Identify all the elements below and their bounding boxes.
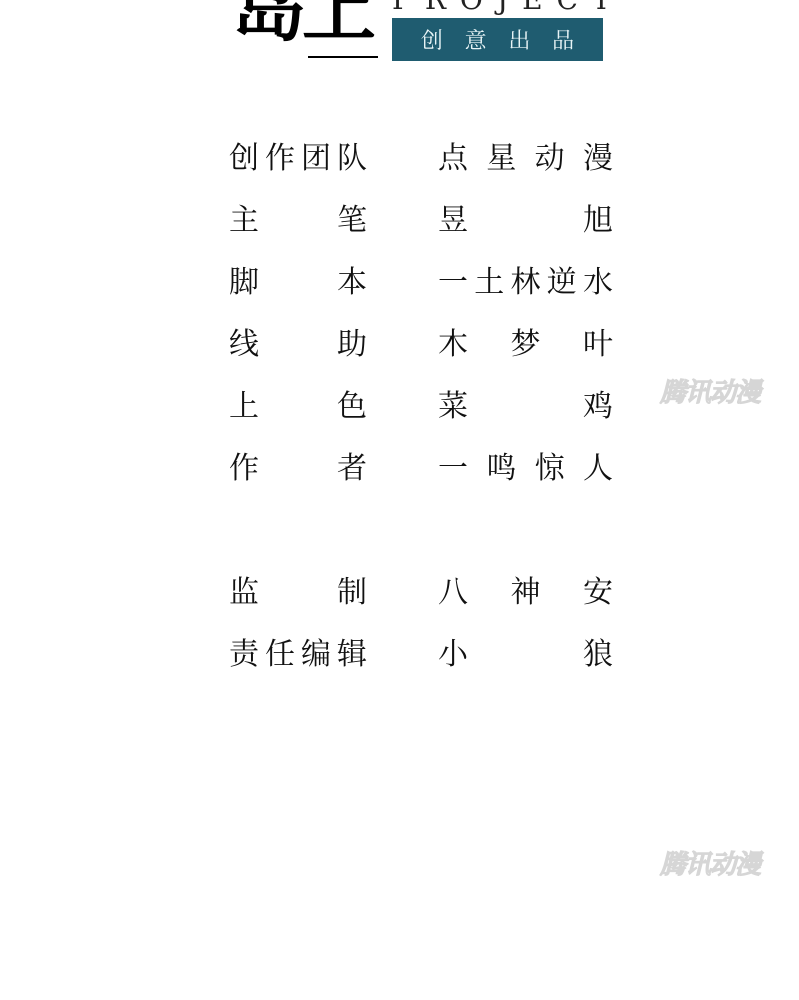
credit-role-char: 任 <box>265 640 295 670</box>
credit-name-char: 安 <box>583 578 613 608</box>
project-wordmark: PROJECT <box>392 0 625 14</box>
credit-name: 木梦叶 <box>438 330 613 360</box>
credit-row: 上色菜鸡 <box>229 376 613 438</box>
credit-role-char: 助 <box>337 330 367 360</box>
credit-name-char: 惊 <box>535 454 565 484</box>
badge-char: 创 <box>421 24 443 55</box>
credit-name-char: 狼 <box>583 640 613 670</box>
logo-mark: 岛上 <box>232 0 372 46</box>
watermark-tencent-comic: 腾讯动漫 <box>660 372 760 409</box>
credit-name-char: 小 <box>438 640 468 670</box>
credit-role-char: 本 <box>337 268 367 298</box>
credit-role-char: 脚 <box>229 268 259 298</box>
credit-name-char: 土 <box>474 268 504 298</box>
credit-row: 监制八神安 <box>229 562 613 624</box>
credit-role: 作者 <box>229 454 367 484</box>
credit-name: 小狼 <box>438 640 613 670</box>
credit-name-char: 鸣 <box>486 454 516 484</box>
credit-name-char: 一 <box>438 268 468 298</box>
credit-role-char: 主 <box>229 206 259 236</box>
credit-row: 线助木梦叶 <box>229 314 613 376</box>
credit-name-char: 八 <box>438 578 468 608</box>
credit-name-char: 木 <box>438 330 468 360</box>
credit-name: 八神安 <box>438 578 613 608</box>
credit-name-char: 旭 <box>583 206 613 236</box>
badge-char: 品 <box>552 24 574 55</box>
credit-name-char: 神 <box>511 578 541 608</box>
credit-name: 一土林逆水 <box>438 268 613 298</box>
credit-row: 责任编辑小狼 <box>229 624 613 686</box>
credit-name-char: 人 <box>583 454 613 484</box>
credit-role-char: 作 <box>229 454 259 484</box>
credit-name-char: 昱 <box>438 206 468 236</box>
credit-row: 脚本一土林逆水 <box>229 252 613 314</box>
credit-name-char: 漫 <box>583 144 613 174</box>
credit-role-char: 队 <box>337 144 367 174</box>
credit-role: 责任编辑 <box>229 640 367 670</box>
credit-row: 主笔昱旭 <box>229 190 613 252</box>
credit-role: 监制 <box>229 578 367 608</box>
credit-role-char: 辑 <box>337 640 367 670</box>
credit-role-char: 色 <box>337 392 367 422</box>
credit-role-char: 团 <box>301 144 331 174</box>
credit-role: 上色 <box>229 392 367 422</box>
credit-name-char: 水 <box>583 268 613 298</box>
credit-name-char: 一 <box>438 454 468 484</box>
credit-name: 昱旭 <box>438 206 613 236</box>
badge-char: 意 <box>465 24 487 55</box>
credit-role-char: 线 <box>229 330 259 360</box>
credit-role-char: 笔 <box>337 206 367 236</box>
credit-name-char: 鸡 <box>583 392 613 422</box>
credit-name: 菜鸡 <box>438 392 613 422</box>
credit-role: 创作团队 <box>229 144 367 174</box>
logo-underline <box>308 56 378 58</box>
watermark-tencent-comic: 腾讯动漫 <box>660 844 760 881</box>
credit-name-char: 点 <box>438 144 468 174</box>
credit-name: 一鸣惊人 <box>438 454 613 484</box>
credit-role: 脚本 <box>229 268 367 298</box>
credit-role-char: 创 <box>229 144 259 174</box>
credit-role-char: 责 <box>229 640 259 670</box>
credits-spacer <box>229 500 613 562</box>
credit-role-char: 监 <box>229 578 259 608</box>
credit-name-char: 逆 <box>547 268 577 298</box>
badge-char: 出 <box>508 24 530 55</box>
credit-name-char: 动 <box>535 144 565 174</box>
creative-badge: 创意出品 <box>392 18 603 61</box>
credit-role-char: 者 <box>337 454 367 484</box>
credits-list: 创作团队点星动漫主笔昱旭脚本一土林逆水线助木梦叶上色菜鸡作者一鸣惊人监制八神安责… <box>229 128 613 686</box>
credit-role-char: 制 <box>337 578 367 608</box>
credit-role-char: 作 <box>265 144 295 174</box>
credit-name-char: 星 <box>486 144 516 174</box>
credit-role-char: 上 <box>229 392 259 422</box>
credit-role: 主笔 <box>229 206 367 236</box>
credit-name-char: 梦 <box>511 330 541 360</box>
credit-row: 创作团队点星动漫 <box>229 128 613 190</box>
credit-row: 作者一鸣惊人 <box>229 438 613 500</box>
credit-role-char: 编 <box>301 640 331 670</box>
credit-role: 线助 <box>229 330 367 360</box>
credit-name-char: 菜 <box>438 392 468 422</box>
credit-name-char: 林 <box>511 268 541 298</box>
credit-name-char: 叶 <box>583 330 613 360</box>
credit-name: 点星动漫 <box>438 144 613 174</box>
